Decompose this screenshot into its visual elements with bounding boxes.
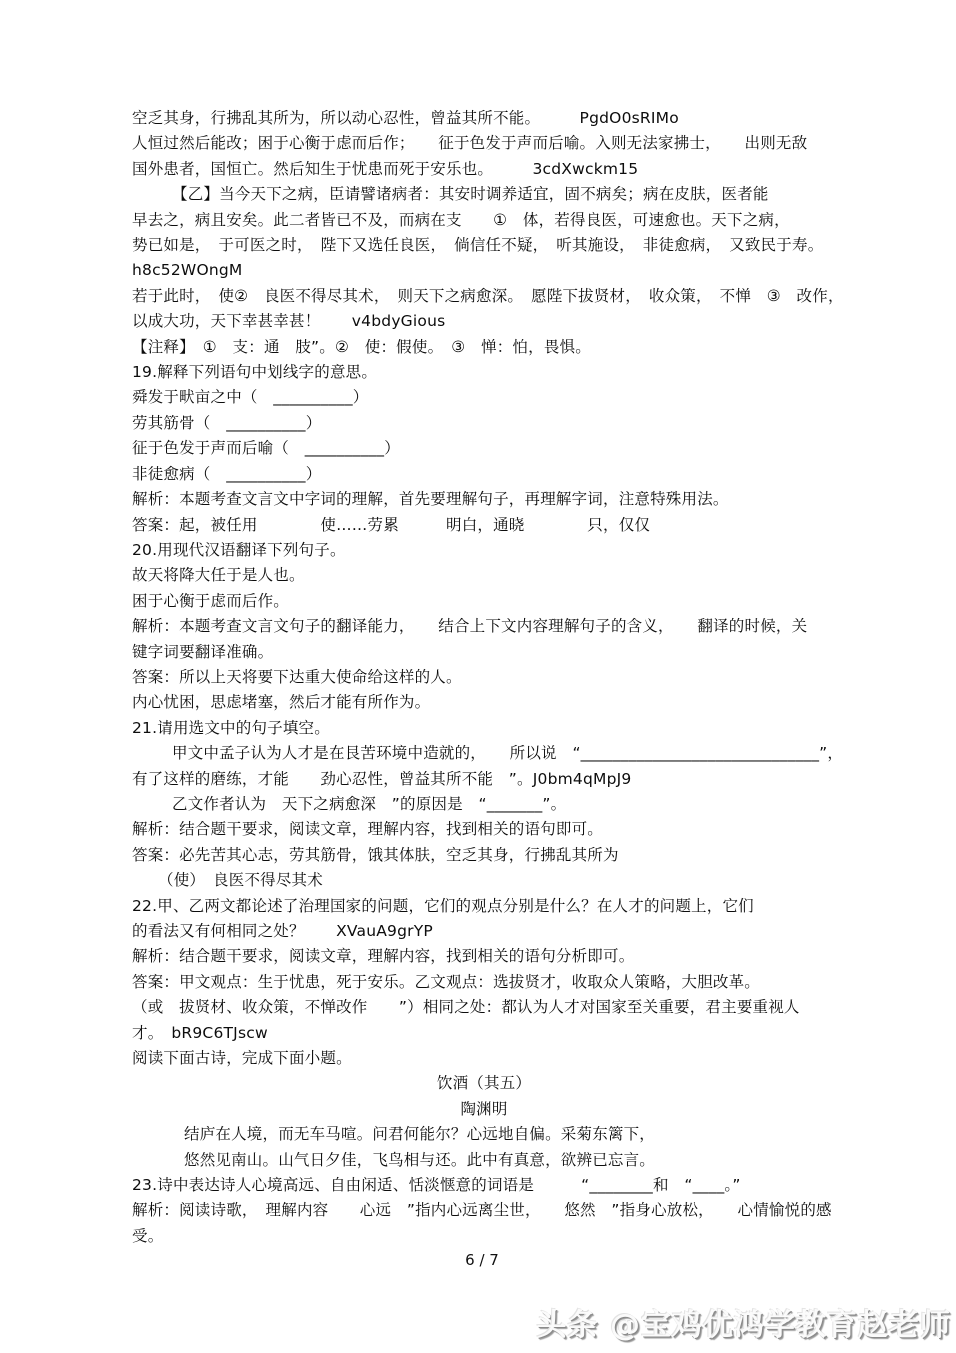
text-line: 乙文作者认为 天下之病愈深 ”的原因是 “_______”。 bbox=[132, 792, 856, 817]
text-line: 21.请用选文中的句子填空。 bbox=[132, 716, 856, 741]
text-line: 答案：起，被任用 使……劳累 明白，通晓 只，仅仅 bbox=[132, 513, 856, 538]
text-line: 若于此时， 使② 良医不得尽其术， 则天下之病愈深。 愿陛下拔贤材， 收众策， … bbox=[132, 284, 856, 309]
text-line: 解析：结合题干要求，阅读文章，理解内容，找到相关的语句即可。 bbox=[132, 817, 856, 842]
text-line: 非徒愈病（ __________） bbox=[132, 462, 856, 487]
text-line: 键字词要翻译准确。 bbox=[132, 640, 856, 665]
document-body: 空乏其身，行拂乱其所为，所以动心忍性，曾益其所不能。 PgdO0sRIMo人恒过… bbox=[132, 106, 856, 1249]
text-line: 人恒过然后能改；困于心衡于虑而后作； 征于色发于声而后喻。入则无法家拂士， 出则… bbox=[132, 131, 856, 156]
text-line: 解析：本题考查文言文句子的翻译能力， 结合上下文内容理解句子的含义， 翻译的时候… bbox=[132, 614, 856, 639]
text-line: 故天将降大任于是人也。 bbox=[132, 563, 856, 588]
text-line: 势已如是， 于可医之时， 陛下又选任良医， 倘信任不疑， 听其施设， 非徒愈病，… bbox=[132, 233, 856, 258]
text-line: 20.用现代汉语翻译下列句子。 bbox=[132, 538, 856, 563]
text-line: 早去之，病且安矣。此二者皆已不及，而病在支 ① 体，若得良医，可速愈也。天下之病… bbox=[132, 208, 856, 233]
text-line: 【乙】当今天下之病，臣请譬诸病者：其安时调养适宜，固不病矣；病在皮肤，医者能 bbox=[132, 182, 856, 207]
text-line: 阅读下面古诗，完成下面小题。 bbox=[132, 1046, 856, 1071]
text-line: 答案：所以上天将要下达重大使命给这样的人。 bbox=[132, 665, 856, 690]
text-line: 23.诗中表达诗人心境高远、自由闲适、恬淡惬意的词语是 “________和 “… bbox=[132, 1173, 856, 1198]
text-line: 【注释】 ① 支：通 肢”。② 使：假使。 ③ 惮：怕，畏惧。 bbox=[132, 335, 856, 360]
text-line: 解析：结合题干要求，阅读文章，理解内容，找到相关的语句分析即可。 bbox=[132, 944, 856, 969]
text-line: 有了这样的磨练，才能 劲心忍性，曾益其所不能 ”。J0bm4qMpJ9 bbox=[132, 767, 856, 792]
text-line: 以成大功，天下幸甚幸甚！ v4bdyGious bbox=[132, 309, 856, 334]
text-line: 解析：本题考查文言文中字词的理解，首先要理解句子，再理解字词，注意特殊用法。 bbox=[132, 487, 856, 512]
text-line: 国外患者，国恒亡。然后知生于忧患而死于安乐也。 3cdXwckm15 bbox=[132, 157, 856, 182]
text-line: 19.解释下列语句中划线字的意思。 bbox=[132, 360, 856, 385]
text-line: h8c52WOngM bbox=[132, 258, 856, 283]
text-line: 内心忧困，思虑堵塞，然后才能有所作为。 bbox=[132, 690, 856, 715]
text-line: 饮酒（其五） bbox=[132, 1071, 856, 1096]
document-page: 空乏其身，行拂乱其所为，所以动心忍性，曾益其所不能。 PgdO0sRIMo人恒过… bbox=[0, 0, 956, 1353]
text-line: 22.甲、乙两文都论述了治理国家的问题，它们的观点分别是什么？在人才的问题上，它… bbox=[132, 894, 856, 919]
text-line: 甲文中孟子认为人才是在艮苦环境中造就的， 所以说 “______________… bbox=[132, 741, 856, 766]
text-line: 舜发于畎亩之中（ __________） bbox=[132, 385, 856, 410]
page-number: 6 / 7 bbox=[132, 1251, 832, 1269]
text-line: （或 拔贤材、收众策，不惮改作 ”）相同之处：都认为人才对国家至关重要，君主要重… bbox=[132, 995, 856, 1020]
text-line: 陶渊明 bbox=[132, 1097, 856, 1122]
text-line: 解析：阅读诗歌， 理解内容 心远 ”指内心远离尘世， 悠然 ”指身心放松， 心情… bbox=[132, 1198, 856, 1249]
text-line: 结庐在人境，而无车马喧。问君何能尔？心远地自偏。采菊东篱下， bbox=[132, 1122, 856, 1147]
text-line: （使） 良医不得尽其术 bbox=[132, 868, 856, 893]
text-line: 悠然见南山。山气日夕佳，飞鸟相与还。此中有真意，欲辨已忘言。 bbox=[132, 1148, 856, 1173]
text-line: 困于心衡于虑而后作。 bbox=[132, 589, 856, 614]
text-line: 空乏其身，行拂乱其所为，所以动心忍性，曾益其所不能。 PgdO0sRIMo bbox=[132, 106, 856, 131]
text-line: 征于色发于声而后喻（ __________） bbox=[132, 436, 856, 461]
watermark-toutiao: 头条 @宝鸡优鸿学教育赵老师 bbox=[537, 1300, 951, 1344]
text-line: 的看法又有何相同之处？ XVauA9grYP bbox=[132, 919, 856, 944]
text-line: 答案：甲文观点：生于忧患，死于安乐。乙文观点：选拔贤才，收取众人策略，大胆改革。 bbox=[132, 970, 856, 995]
text-line: 答案：必先苦其心志，劳其筋骨，饿其体肤，空乏其身，行拂乱其所为 bbox=[132, 843, 856, 868]
text-line: 劳其筋骨（ __________） bbox=[132, 411, 856, 436]
text-line: 才。 bR9C6TJscw bbox=[132, 1021, 856, 1046]
